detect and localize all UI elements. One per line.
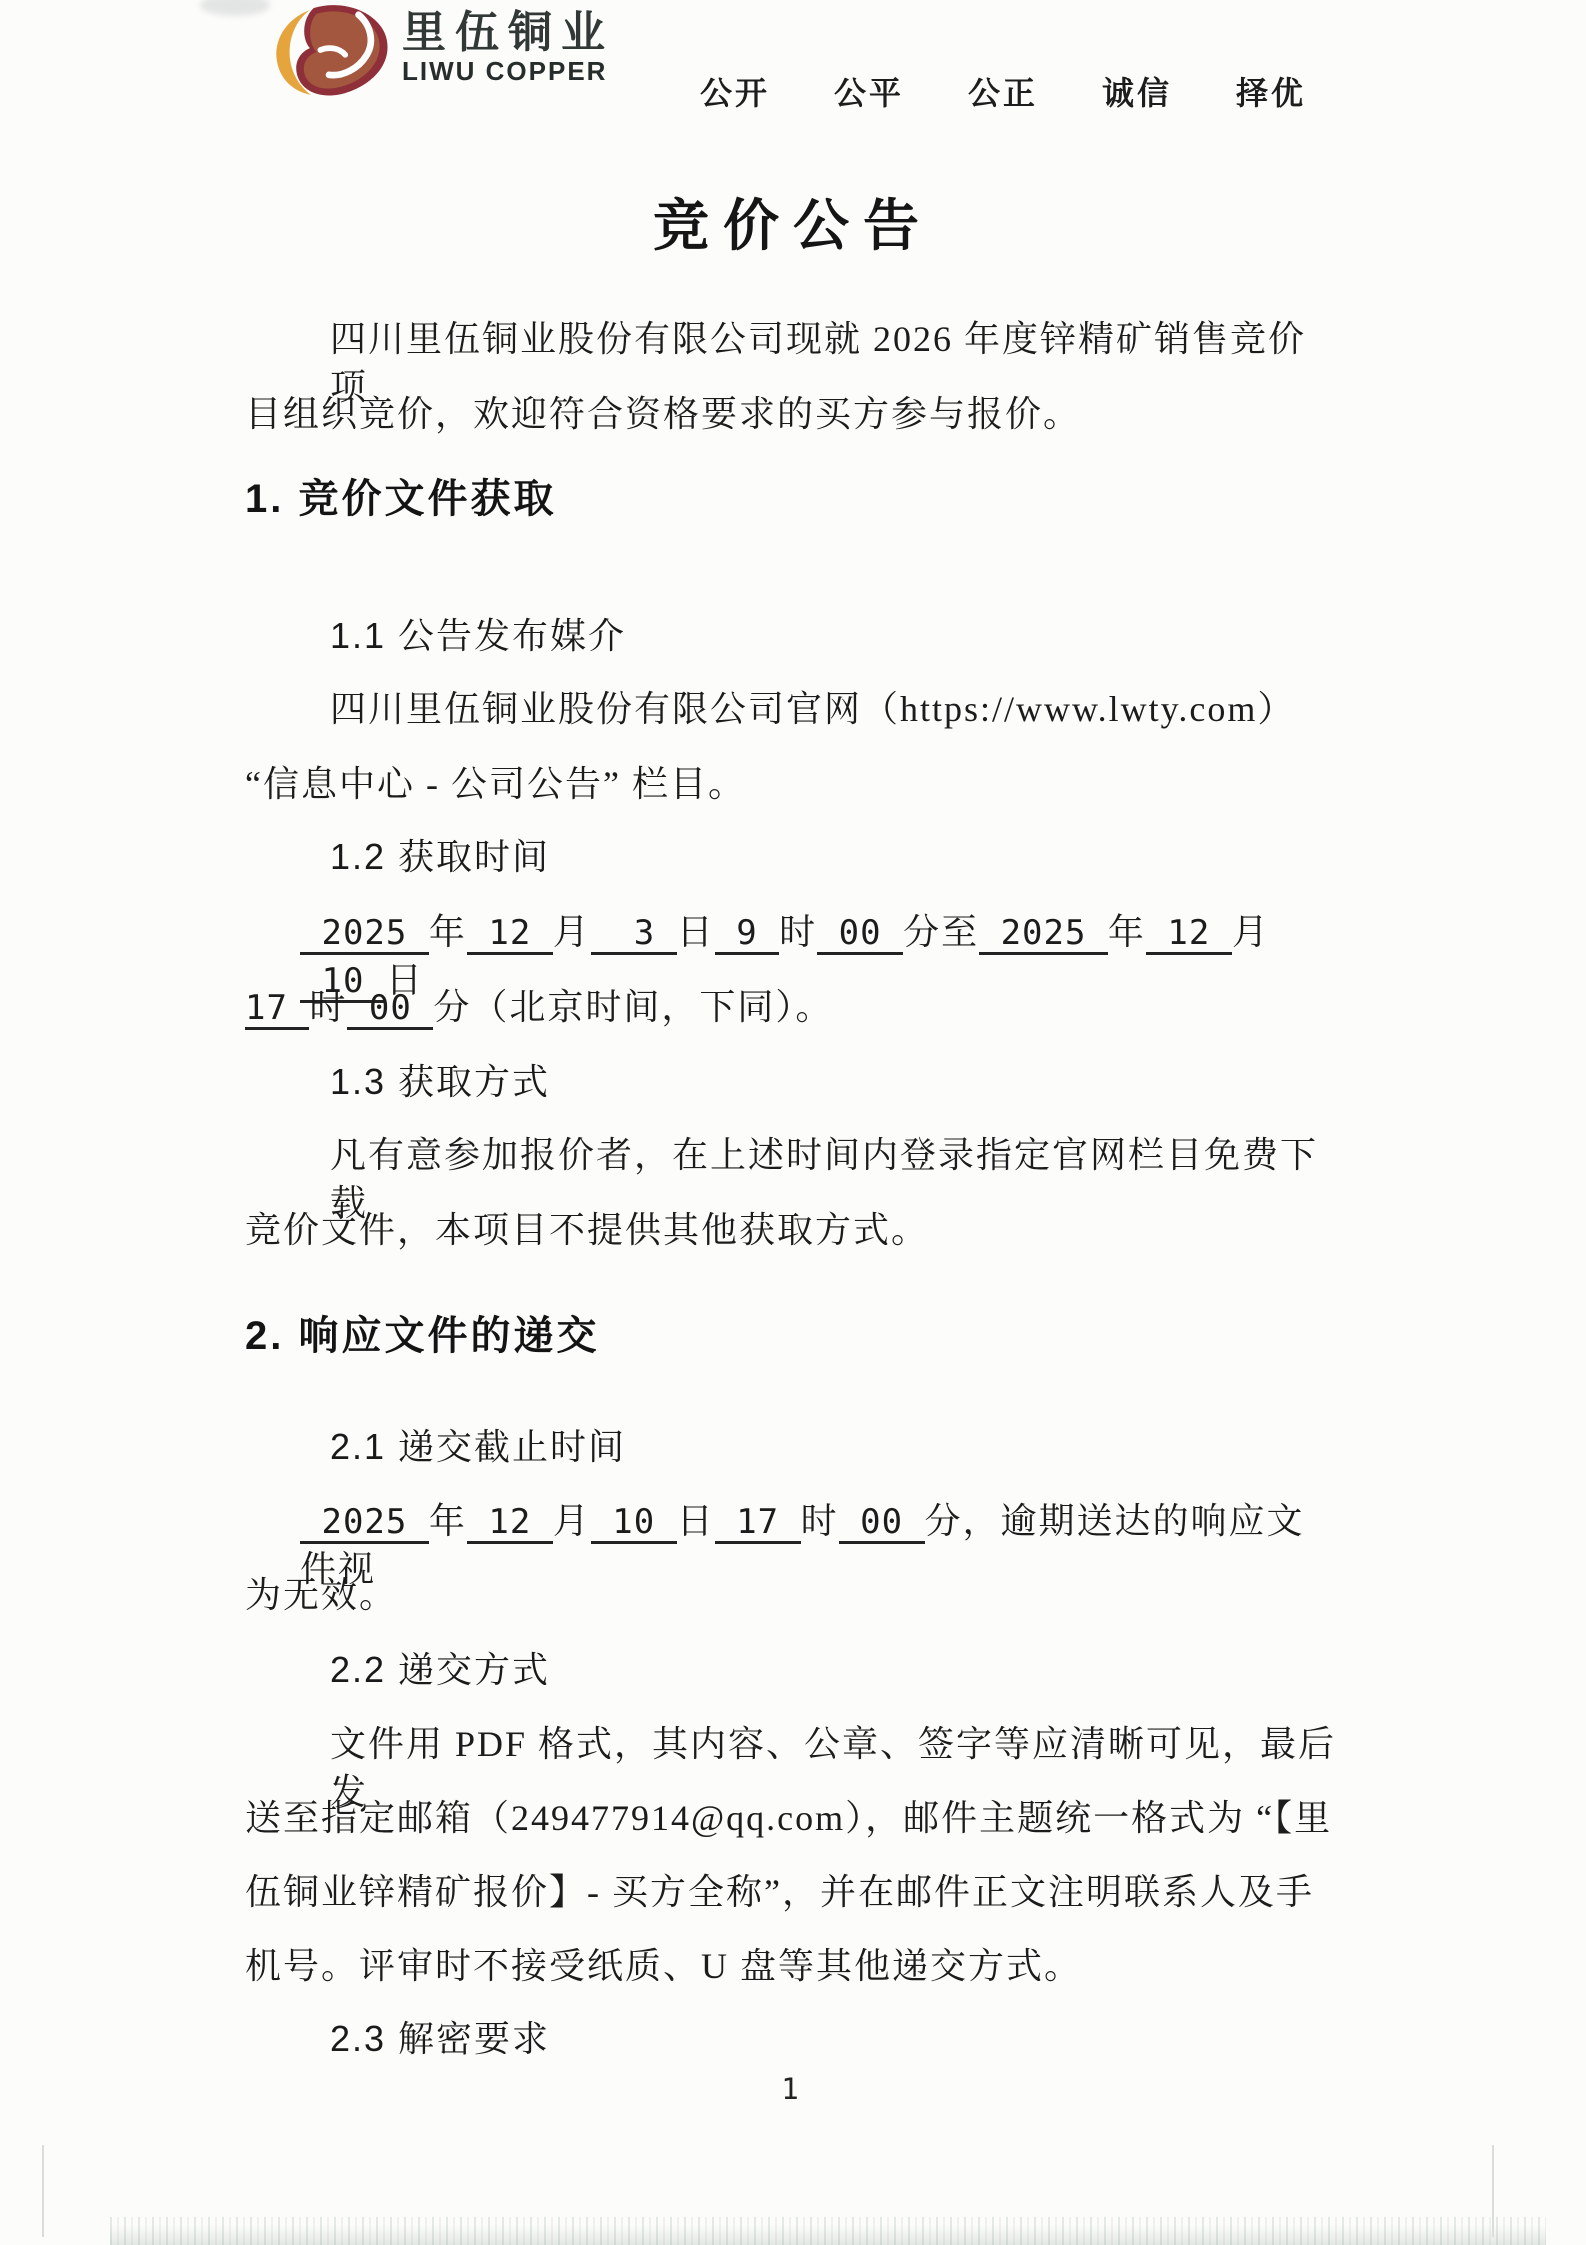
underlined-field: 12 [467, 914, 553, 955]
slogan-word-just: 公正 [968, 68, 1038, 114]
slogan-word-integrity: 诚信 [1102, 68, 1172, 114]
underlined-field: 9 [715, 914, 779, 955]
scan-edge-texture [110, 2217, 1546, 2245]
underlined-field: 12 [467, 1503, 553, 1544]
section-2-1-line-2: 为无效。 [245, 1571, 1340, 1619]
field-label: 时 [309, 987, 347, 1027]
section-1-3-heading: 1.3 获取方式 [245, 1058, 1340, 1106]
slogan-word-merit: 择优 [1236, 68, 1306, 114]
underlined-field: 2025 [300, 914, 429, 955]
section-2-2-line-2: 送至指定邮箱（249477914@qq.com），邮件主题统一格式为 “【里 [245, 1794, 1340, 1842]
field-label: 年 [1108, 912, 1146, 952]
field-label: 分（北京时间，下同）。 [433, 987, 833, 1027]
field-label: 日 [677, 1501, 715, 1541]
liwu-copper-logo-icon [266, 5, 392, 97]
intro-line-2: 目组织竞价，欢迎符合资格要求的买方参与报价。 [245, 390, 1340, 438]
scan-smudge [200, 0, 270, 16]
field-label: 日 [677, 912, 715, 952]
section-2-1-heading: 2.1 递交截止时间 [245, 1423, 1340, 1471]
section-2-2-heading: 2.2 递交方式 [245, 1646, 1340, 1694]
underlined-field: 3 [591, 914, 677, 955]
section-1-2-heading: 1.2 获取时间 [245, 833, 1340, 881]
page-title: 竞价公告 [0, 182, 1586, 262]
section-1-heading: 1. 竞价文件获取 [245, 475, 1340, 523]
field-label: 月 [553, 1501, 591, 1541]
field-label: 年 [429, 912, 467, 952]
logo-name-english: LIWU COPPER [402, 56, 614, 86]
page-number: 1 [245, 2072, 1335, 2106]
field-label: 时 [779, 912, 817, 952]
underlined-field: 2025 [979, 914, 1108, 955]
underlined-field: 00 [347, 989, 433, 1030]
section-1-1-line-1: 四川里伍铜业股份有限公司官网（https://www.lwty.com） [245, 685, 1340, 733]
slogan-word-open: 公开 [700, 68, 770, 114]
underlined-field: 12 [1146, 914, 1232, 955]
field-label: 分至 [903, 912, 979, 952]
field-label: 月 [553, 912, 591, 952]
field-label: 月 [1232, 912, 1270, 952]
underlined-field: 00 [817, 914, 903, 955]
section-1-1-heading: 1.1 公告发布媒介 [245, 612, 1340, 660]
underlined-field: 00 [839, 1503, 925, 1544]
slogan-word-fair: 公平 [834, 68, 904, 114]
document-page: 里伍铜业 LIWU COPPER 公开 公平 公正 诚信 择优 竞价公告 四川里… [0, 0, 1586, 2245]
slogan-row: 公开 公平 公正 诚信 择优 [700, 68, 1306, 114]
scan-edge-left [42, 2145, 44, 2237]
section-2-heading: 2. 响应文件的递交 [245, 1312, 1340, 1360]
underlined-field: 17 [245, 989, 309, 1030]
section-2-2-line-4: 机号。评审时不接受纸质、U 盘等其他递交方式。 [245, 1942, 1340, 1990]
section-2-2-line-3: 伍铜业锌精矿报价】- 买方全称”，并在邮件正文注明联系人及手 [245, 1868, 1340, 1916]
field-label: 年 [429, 1501, 467, 1541]
underlined-field: 2025 [300, 1503, 429, 1544]
section-1-3-line-2: 竞价文件，本项目不提供其他获取方式。 [245, 1206, 1340, 1254]
section-1-1-line-2: “信息中心 - 公司公告” 栏目。 [245, 760, 1340, 808]
field-label: 时 [801, 1501, 839, 1541]
scan-edge-right [1492, 2145, 1494, 2237]
underlined-field: 10 [591, 1503, 677, 1544]
logo-text-block: 里伍铜业 LIWU COPPER [402, 10, 614, 86]
section-1-2-date-line-2: 17 时 00 分（北京时间，下同）。 [245, 983, 1340, 1031]
logo-name-chinese: 里伍铜业 [402, 10, 614, 56]
section-2-3-heading: 2.3 解密要求 [245, 2015, 1340, 2063]
underlined-field: 17 [715, 1503, 801, 1544]
